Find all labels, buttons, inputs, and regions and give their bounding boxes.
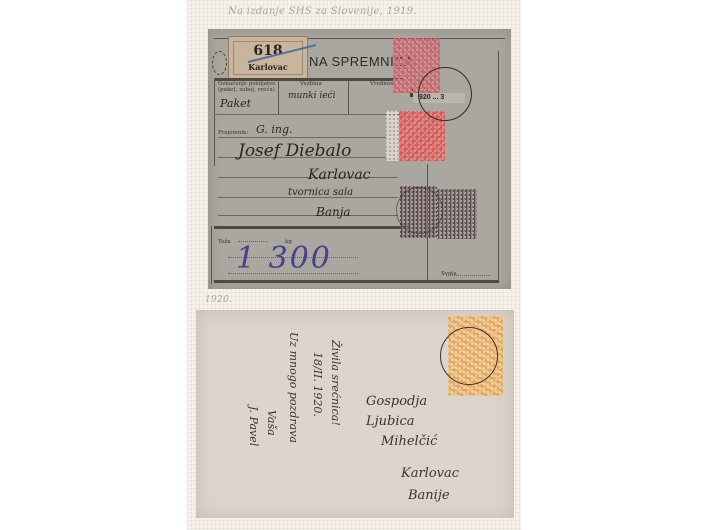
postmark-circle — [440, 327, 498, 385]
postcard: Gospodja Ljubica Mihelčić Karlovac Banij… — [196, 310, 514, 518]
packaging-label: Vezbina — [300, 81, 322, 87]
designation-label: Označenje pošiljatve (paket, zaboj, vreć… — [218, 81, 276, 93]
address-line-4: Karlovac — [401, 466, 459, 481]
sum-label: Svota — [441, 271, 457, 277]
weight-value: 1 300 — [236, 241, 332, 276]
stamp-violet-brown — [437, 189, 477, 239]
recipient-line-5: Banja — [316, 205, 351, 219]
section-note: 1920. — [205, 295, 232, 305]
rule — [211, 226, 212, 284]
message-line-5: J. Pavel — [247, 406, 260, 446]
recipient-line-2: Josef Diebalo — [238, 141, 351, 161]
recipient-line-3: Karlovac — [308, 167, 371, 183]
designation-value: Paket — [220, 97, 251, 110]
address-line-5: Banije — [408, 488, 450, 503]
postmark-circle — [418, 67, 472, 121]
message-line-1: Živila srećnica! — [329, 340, 342, 426]
rule — [498, 51, 499, 281]
registration-place: Karlovac — [229, 62, 307, 72]
rule — [218, 137, 398, 138]
rule — [214, 78, 215, 166]
rule — [348, 78, 349, 114]
emblem-icon — [212, 51, 227, 75]
rule — [278, 78, 279, 114]
stamp-selvage — [386, 111, 399, 161]
message-line-3: Uz mnogo pozdrava — [287, 332, 300, 443]
rule — [214, 280, 499, 283]
recipient-label: Prejemnik: — [218, 130, 248, 136]
rule — [214, 114, 404, 115]
recipient-line-1: G. ing. — [256, 123, 293, 136]
packaging-value: munki ieći — [288, 91, 338, 101]
weight-label: Teža — [218, 239, 231, 245]
address-line-1: Gospodja — [366, 394, 427, 409]
header-note: Na izdanje SHS za Slovenije, 1919. — [228, 6, 417, 17]
address-line-3: Mihelčić — [381, 434, 437, 449]
rule — [214, 226, 409, 229]
value-label: Vrednost — [370, 81, 395, 87]
recipient-line-4: tvornica sala — [288, 187, 353, 198]
postmark-circle — [396, 187, 443, 234]
message-line-4: Vaša — [265, 410, 278, 436]
rule — [218, 215, 398, 216]
address-line-2: Ljubica — [366, 414, 415, 429]
parcel-dispatch-card: 618 Karlovac NA SPREMNICA Označenje poši… — [208, 29, 511, 289]
message-line-2: 18/II. 1920. — [311, 352, 324, 417]
